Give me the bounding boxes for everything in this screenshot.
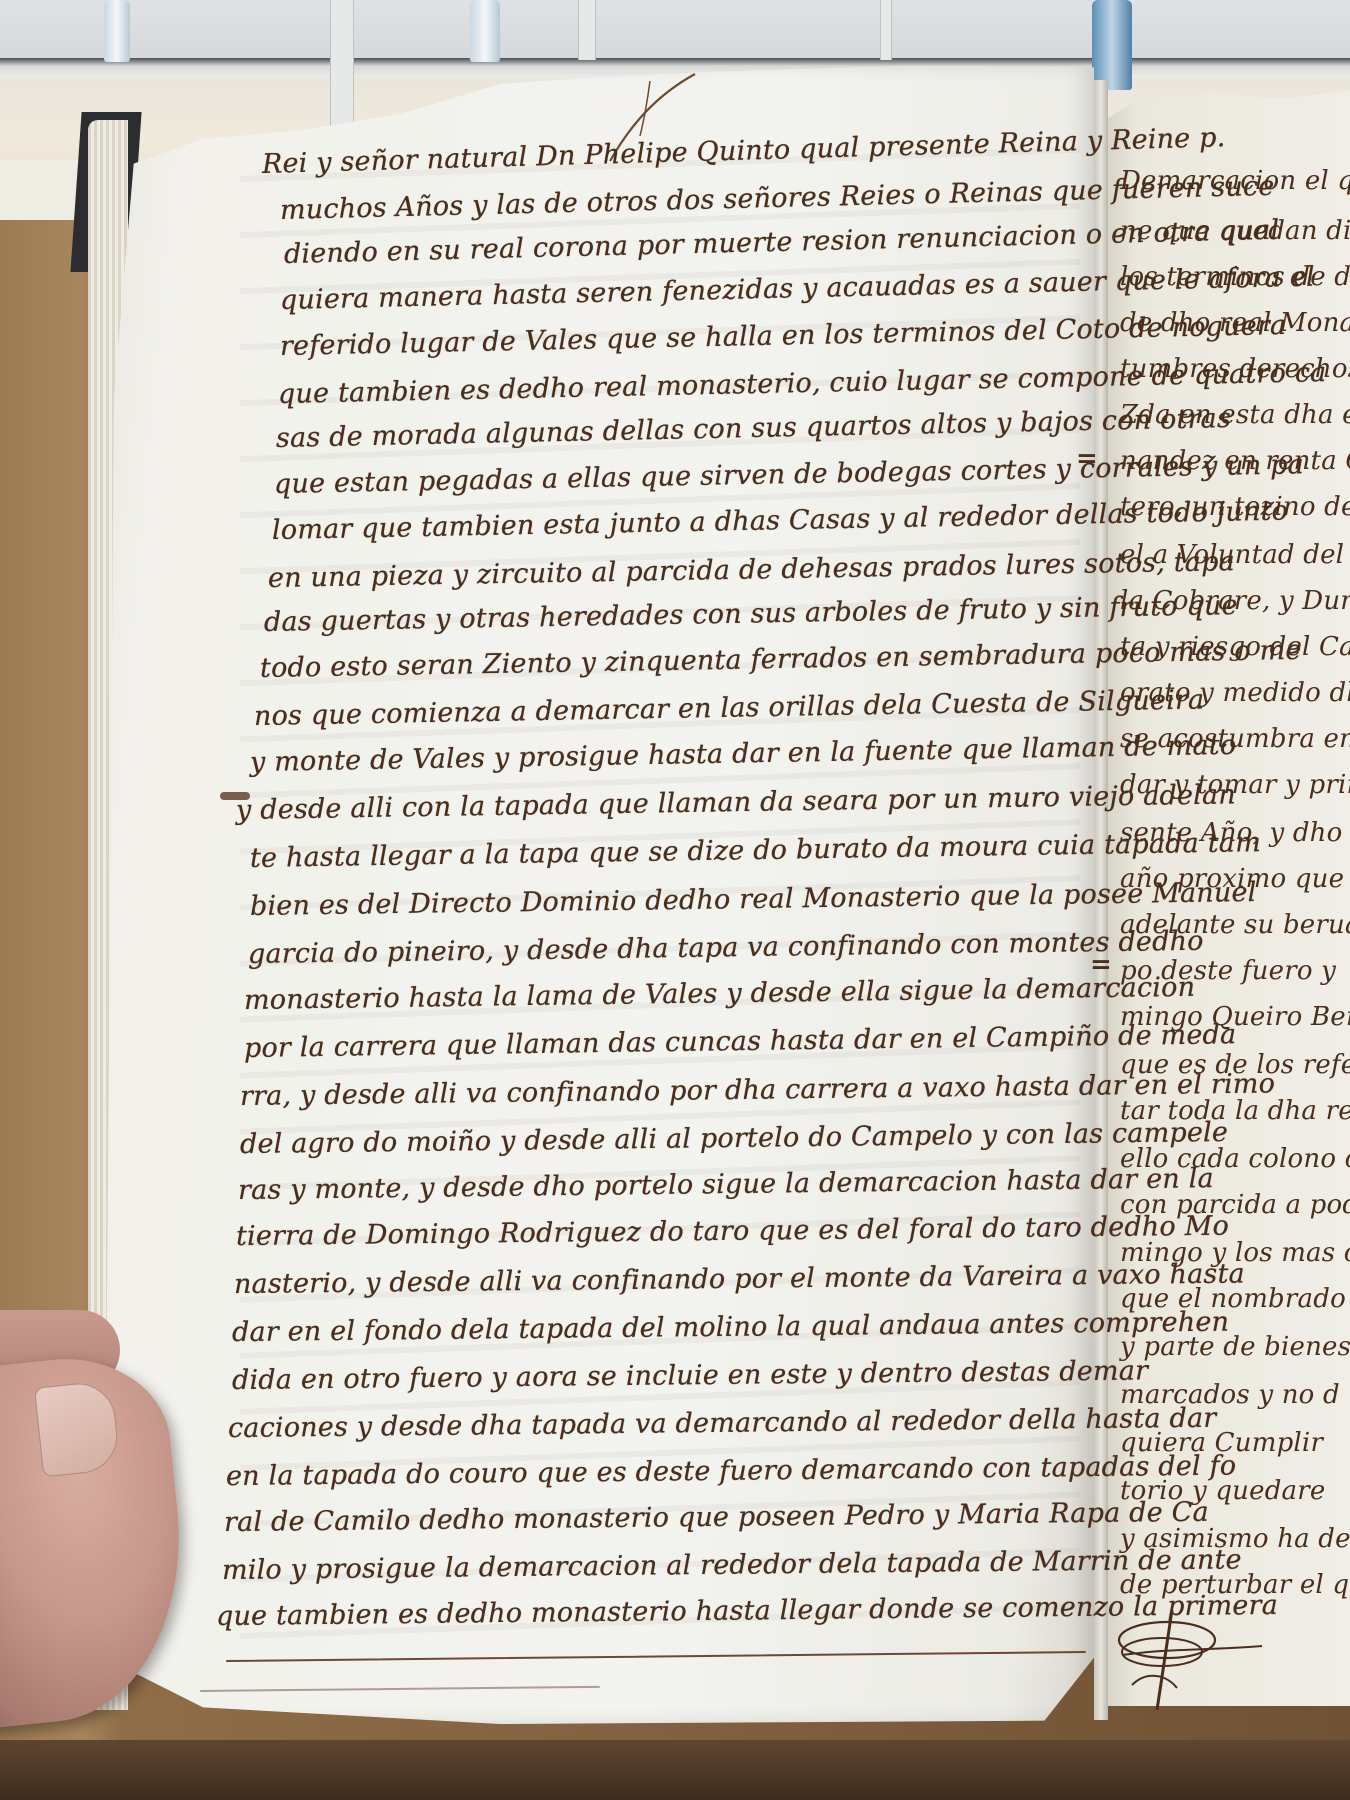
- flourish-icon: [600, 66, 700, 166]
- background-bottle: [1092, 0, 1132, 90]
- manuscript-line: ta y riesgo del Ca: [1120, 632, 1350, 662]
- manuscript-line: que el nombrado: [1120, 1284, 1346, 1314]
- manuscript-line: sente Año, y dho Ca: [1120, 818, 1350, 848]
- manuscript-line: tero, un tozino de: [1120, 492, 1350, 522]
- manuscript-left-page: [104, 64, 1094, 1724]
- manuscript-line: mingo Queiro Ber: [1120, 1002, 1350, 1032]
- book-gutter: [1094, 80, 1108, 1720]
- manuscript-line: ne que quedan dichas: [1120, 216, 1350, 246]
- manuscript-line: de perturbar el q: [1120, 1570, 1349, 1600]
- manuscript-line: y parte de bienes: [1120, 1332, 1350, 1362]
- ink-blot: [220, 792, 250, 800]
- manuscript-line: Demarcacion el qual: [1120, 166, 1350, 196]
- manuscript-line: nandez en renta Ca: [1120, 446, 1350, 476]
- manuscript-line: po deste fuero y: [1120, 956, 1336, 986]
- manuscript-line: mingo y los mas co: [1120, 1238, 1350, 1268]
- background-pillar: [880, 0, 892, 60]
- right-page-text: Demarcacion el qual ne que quedan dichas…: [1112, 150, 1350, 1630]
- manuscript-line: orato y medido dho: [1120, 678, 1350, 708]
- margin-equals-mark: =: [1076, 444, 1098, 474]
- manuscript-line: y asimismo ha de: [1120, 1524, 1350, 1554]
- manuscript-line: adelante su berua: [1120, 910, 1350, 940]
- manuscript-line: ello cada colono co: [1120, 1144, 1350, 1174]
- manuscript-line: Zda en esta dha escr: [1120, 400, 1350, 430]
- manuscript-line: dar y tomar y princi: [1120, 770, 1350, 800]
- manuscript-line: que es de los referid: [1120, 1050, 1350, 1080]
- table-edge: [0, 1740, 1350, 1800]
- manuscript-line: los terminos de dho f: [1120, 262, 1350, 292]
- background-pillar: [578, 0, 596, 60]
- manuscript-line: tumbres derechos y: [1120, 354, 1350, 384]
- background-bottle: [470, 0, 500, 62]
- signature-rubric-icon: [1112, 1600, 1262, 1720]
- manuscript-line: año proximo que: [1120, 864, 1344, 894]
- manuscript-line: torio y quedare: [1120, 1476, 1325, 1506]
- manuscript-line: marcados y no d: [1120, 1380, 1340, 1410]
- manuscript-line: tar toda la dha renta: [1120, 1096, 1350, 1126]
- margin-equals-mark: =: [1090, 950, 1112, 980]
- manuscript-line: de dho real Monasterio: [1120, 308, 1350, 338]
- manuscript-line: con parcida a pode: [1120, 1190, 1350, 1220]
- manuscript-line: la Cobrare, y Duran: [1120, 586, 1350, 616]
- background-bottle: [104, 0, 130, 62]
- manuscript-line: quiera Cumplir: [1120, 1428, 1323, 1458]
- manuscript-line: el a Voluntad del: [1120, 540, 1344, 570]
- manuscript-line: se acostumbra en est: [1120, 724, 1350, 754]
- thumbnail-nail: [34, 1380, 121, 1478]
